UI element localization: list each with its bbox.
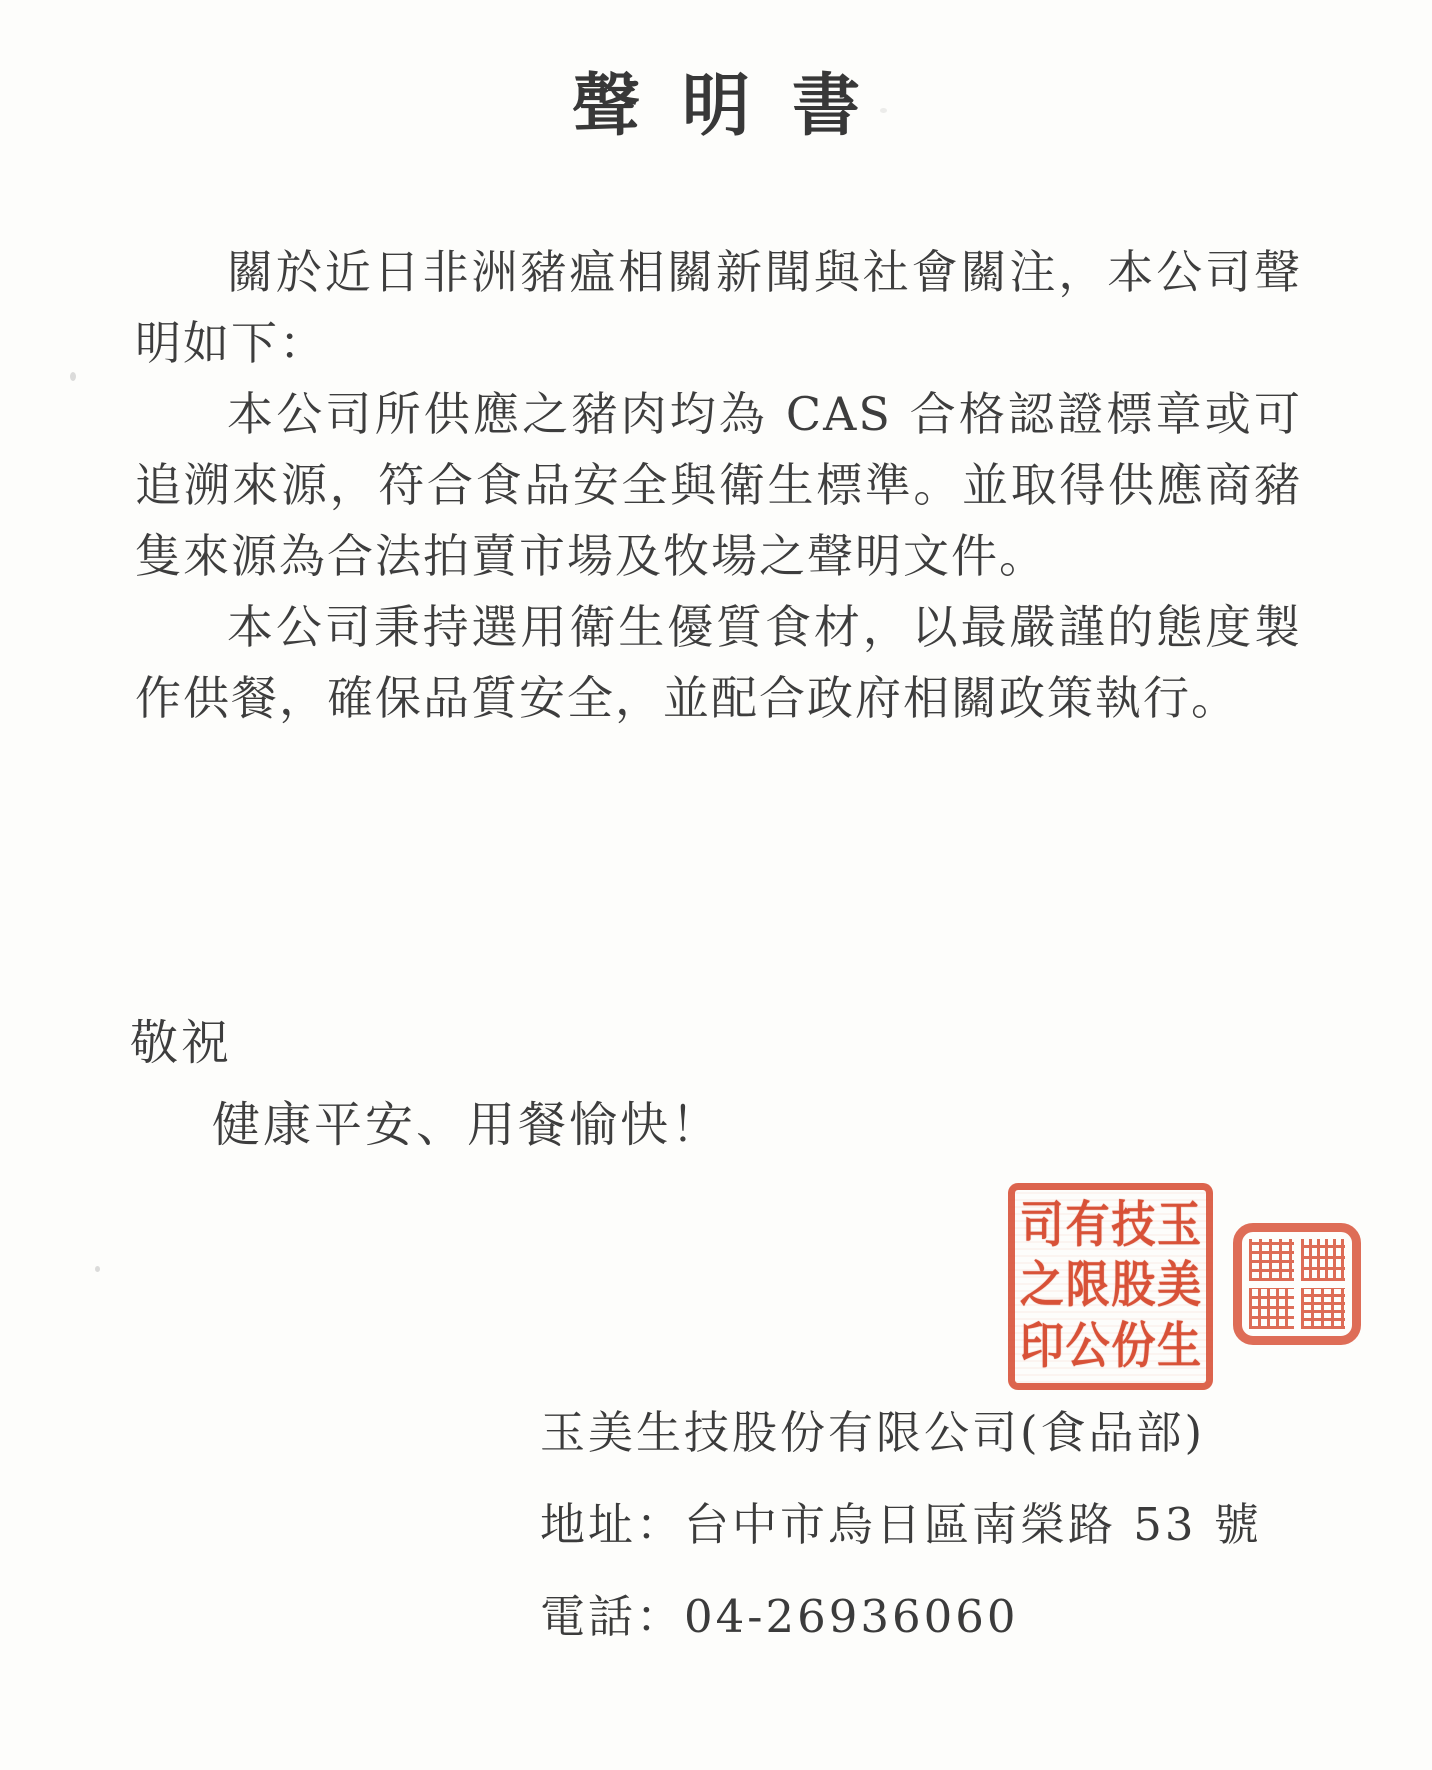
seal-char: 公 xyxy=(1066,1322,1110,1371)
seal-glyph-pattern xyxy=(1301,1239,1346,1281)
seal-glyph-pattern xyxy=(1301,1288,1346,1330)
seal-column-4: 司 之 印 xyxy=(1019,1196,1065,1377)
closing-blessing: 健康平安、用餐愉快！ xyxy=(130,1084,1302,1166)
paragraph-pork-source: 本公司所供應之豬肉均為 CAS 合格認證標章或可追溯來源，符合食品安全與衛生標準… xyxy=(135,379,1302,592)
company-name: 玉美生技股份有限公司(食品部) xyxy=(540,1396,1205,1461)
seal-column-3: 有 限 公 xyxy=(1065,1196,1111,1377)
seal-char: 份 xyxy=(1111,1322,1155,1371)
seal-char: 之 xyxy=(1020,1262,1064,1311)
paragraph-intro: 關於近日非洲豬瘟相關新聞與社會關注，本公司聲明如下： xyxy=(135,237,1302,379)
document-body: 關於近日非洲豬瘟相關新聞與社會關注，本公司聲明如下： 本公司所供應之豬肉均為 C… xyxy=(135,237,1302,734)
seal-column-2: 技 股 份 xyxy=(1111,1196,1157,1377)
scanned-declaration-document: 聲明書 關於近日非洲豬瘟相關新聞與社會關注，本公司聲明如下： 本公司所供應之豬肉… xyxy=(0,0,1432,1770)
document-title: 聲明書 xyxy=(0,0,1432,149)
paragraph-quality-commitment: 本公司秉持選用衛生優質食材，以最嚴謹的態度製作供餐，確保品質安全，並配合政府相關… xyxy=(135,592,1302,734)
company-phone: 電話：04-26936060 xyxy=(540,1580,1019,1645)
seal-char: 玉 xyxy=(1157,1202,1201,1251)
seal-glyph-pattern xyxy=(1249,1239,1294,1281)
scan-speck xyxy=(95,1266,100,1272)
seal-char: 股 xyxy=(1111,1262,1155,1311)
seal-char: 技 xyxy=(1111,1202,1155,1251)
company-seal-stamp: 玉 美 生 技 股 份 有 限 公 司 之 印 xyxy=(1008,1183,1213,1390)
seal-char: 印 xyxy=(1020,1322,1064,1371)
scan-speck xyxy=(880,108,887,113)
seal-char: 生 xyxy=(1157,1322,1201,1371)
closing-salutation: 敬祝 xyxy=(130,1002,1302,1084)
scan-speck xyxy=(70,372,76,381)
company-address: 地址：台中市烏日區南榮路 53 號 xyxy=(540,1488,1262,1553)
seal-char: 有 xyxy=(1066,1202,1110,1251)
seal-glyph-pattern xyxy=(1249,1288,1294,1330)
seal-char: 司 xyxy=(1020,1202,1064,1251)
seal-column-1: 玉 美 生 xyxy=(1156,1196,1202,1377)
seal-char: 限 xyxy=(1066,1262,1110,1311)
seal-char: 美 xyxy=(1157,1262,1201,1311)
personal-name-seal-stamp xyxy=(1233,1223,1361,1345)
closing-block: 敬祝 健康平安、用餐愉快！ xyxy=(130,1002,1302,1166)
